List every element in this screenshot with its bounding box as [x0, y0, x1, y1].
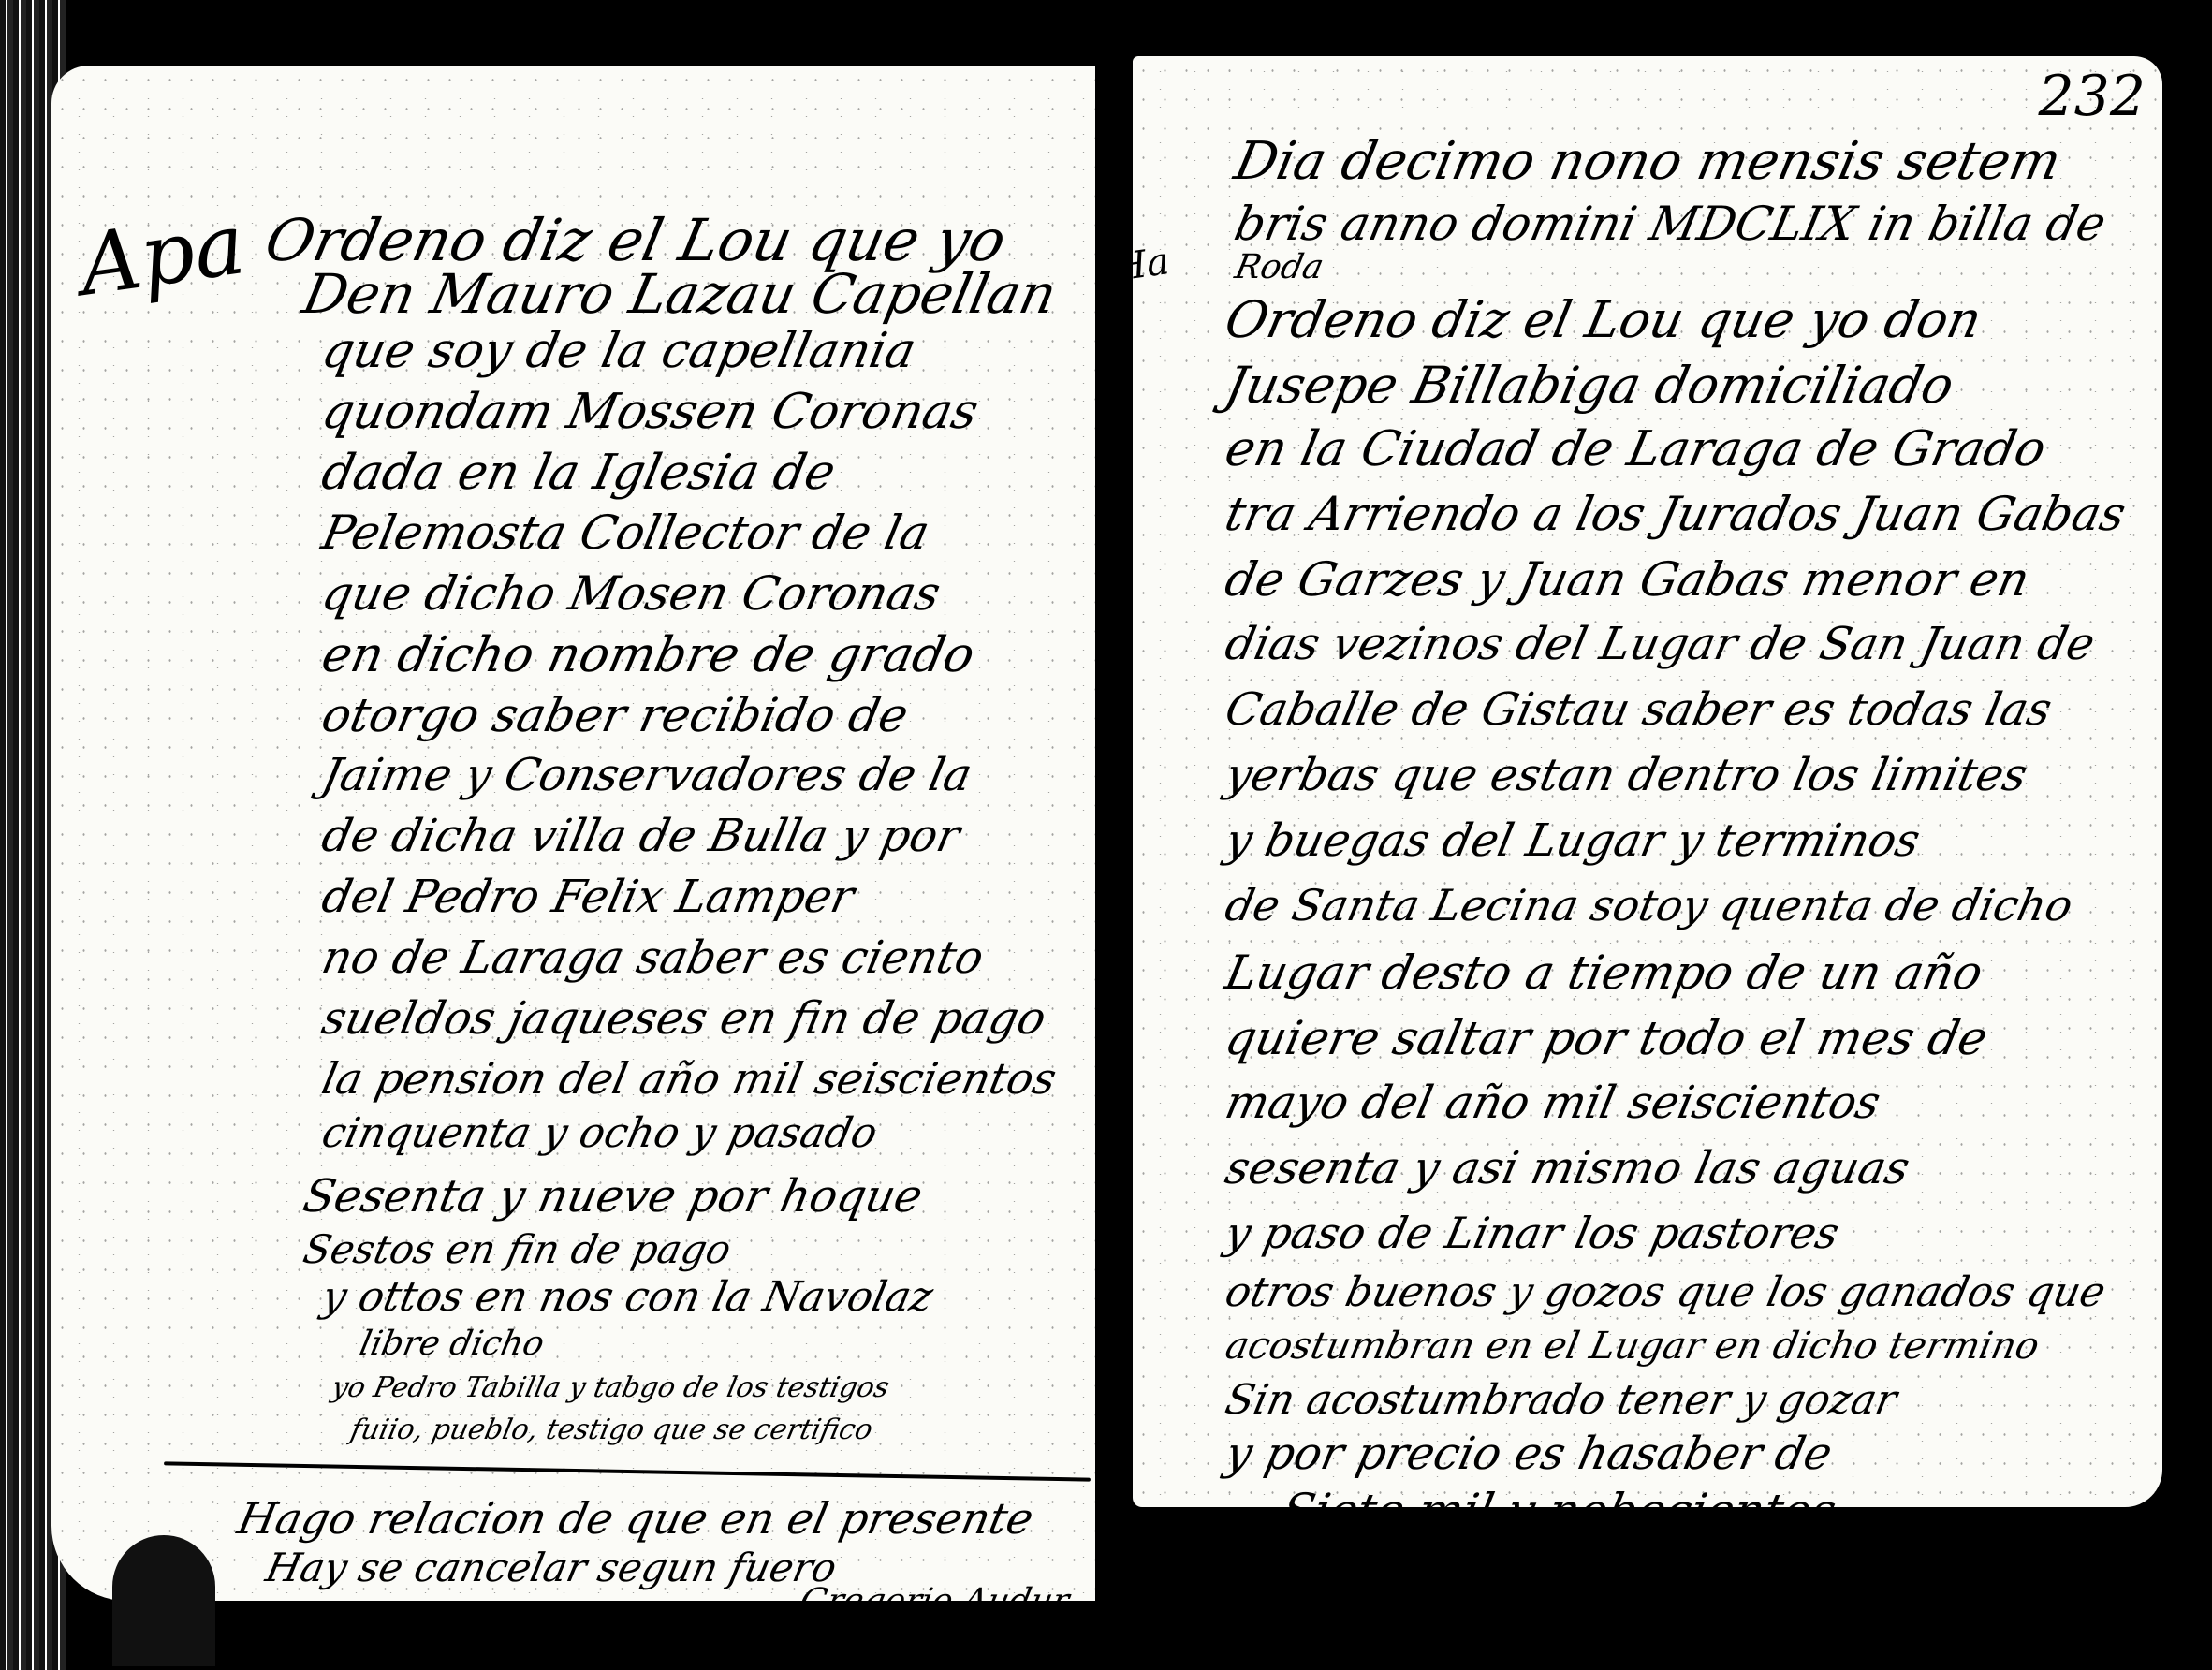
manuscript-line: y paso de Linar los pastores — [1221, 1208, 1843, 1258]
manuscript-line: quondam Mossen Coronas — [317, 384, 984, 440]
manuscript-line: Lugar desto a tiempo de un año — [1221, 945, 1987, 1000]
manuscript-line: Roda — [1232, 248, 1327, 286]
manuscript-line: del Pedro Felix Lamper — [317, 871, 858, 923]
manuscript-line: Hay se cancelar segun fuero — [262, 1545, 841, 1590]
manuscript-line: Ordeno diz el Lou que yo don — [1220, 290, 1986, 349]
manuscript-line: tra Arriendo a los Jurados Juan Gabas — [1221, 487, 2131, 541]
manuscript-line: Sestos en fin de pago — [300, 1226, 736, 1272]
manuscript-line: de dicha villa de Bulla y por — [317, 810, 964, 862]
manuscript-line: y ottos en nos con la Navolaz — [318, 1273, 938, 1321]
manuscript-line: yerbas que estan dentro los limites — [1221, 749, 2032, 801]
ribbon-marker — [112, 1535, 215, 1666]
manuscript-line: y por precio es hasaber de — [1221, 1428, 1837, 1480]
manuscript-line: otros buenos y gozos que los ganados que — [1222, 1268, 2110, 1316]
manuscript-line: de Garzes y Juan Gabas menor en — [1221, 552, 2034, 607]
manuscript-line: Dia decimo nono mensis setem — [1229, 131, 2066, 192]
manuscript-line: Hago relacion de que en el presente — [233, 1493, 1038, 1544]
manuscript-line: sesenta y asi mismo las aguas — [1221, 1142, 1914, 1194]
page-number: 232 — [2038, 64, 2146, 129]
manuscript-line: otorgo saber recibido de — [317, 688, 913, 742]
manuscript-line: acostumbran en el Lugar en dicho termino — [1222, 1325, 2043, 1368]
manuscript-line: yo Pedro Tabilla y tabgo de los testigos — [329, 1371, 892, 1404]
manuscript-line: Sin acostumbrado tener y gozar — [1222, 1376, 1901, 1424]
manuscript-line: Jusepe Billabiga domiciliado — [1220, 356, 1959, 415]
signature: Gregorio Audur — [797, 1582, 1073, 1601]
manuscript-line: dada en la Iglesia de — [317, 445, 841, 501]
manuscript-line: Jaime y Conservadores de la — [317, 749, 976, 801]
manuscript-line: bris anno domini MDCLIX in billa de — [1230, 197, 2111, 251]
manuscript-line: Caballe de Gistau saber es todas las — [1221, 683, 2057, 736]
margin-note-left: Apa — [74, 195, 251, 315]
manuscript-line: Sesenta y nueve por hoque — [299, 1170, 927, 1223]
divider-line — [164, 1461, 1091, 1481]
manuscript-line: mayo del año mil seiscientos — [1221, 1077, 1885, 1129]
left-page: Apa Ordeno diz el Lou que yo Den Mauro L… — [51, 66, 1128, 1601]
margin-note-right: Ha — [1133, 240, 1172, 290]
manuscript-line: y buegas del Lugar y terminos — [1221, 814, 1925, 867]
manuscript-line: fuiio, pueblo, testigo que se certifico — [347, 1414, 875, 1446]
manuscript-line: no de Laraga saber es ciento — [317, 931, 989, 984]
manuscript-line: sueldos jaqueses en fin de pago — [317, 992, 1050, 1045]
manuscript-line: dias vezinos del Lugar de San Juan de — [1221, 618, 2100, 670]
manuscript-line: que dicho Mosen Coronas — [317, 566, 945, 621]
manuscript-line: Pelemosta Collector de la — [317, 505, 934, 560]
manuscript-line: la pension del año mil seiscientos — [317, 1053, 1061, 1104]
right-page: 232 Ha Dia decimo nono mensis setem bris… — [1133, 56, 2162, 1507]
manuscript-line: libre dicho — [357, 1325, 548, 1363]
manuscript-line: que soy de la capellania — [317, 323, 921, 379]
manuscript-line: de Santa Lecina sotoy quenta de dicho — [1221, 880, 2077, 930]
manuscript-line: en la Ciudad de Laraga de Grado — [1221, 421, 2051, 477]
manuscript-line: quiere saltar por todo el mes de — [1221, 1011, 1992, 1065]
manuscript-line: en dicho nombre de grado — [317, 627, 980, 683]
manuscript-line: Den Mauro Lazau Capellan — [298, 262, 1062, 326]
manuscript-line: Siete mil y nobecientos — [1277, 1484, 1841, 1507]
manuscript-line: cinquenta y ocho y pasado — [318, 1109, 882, 1157]
